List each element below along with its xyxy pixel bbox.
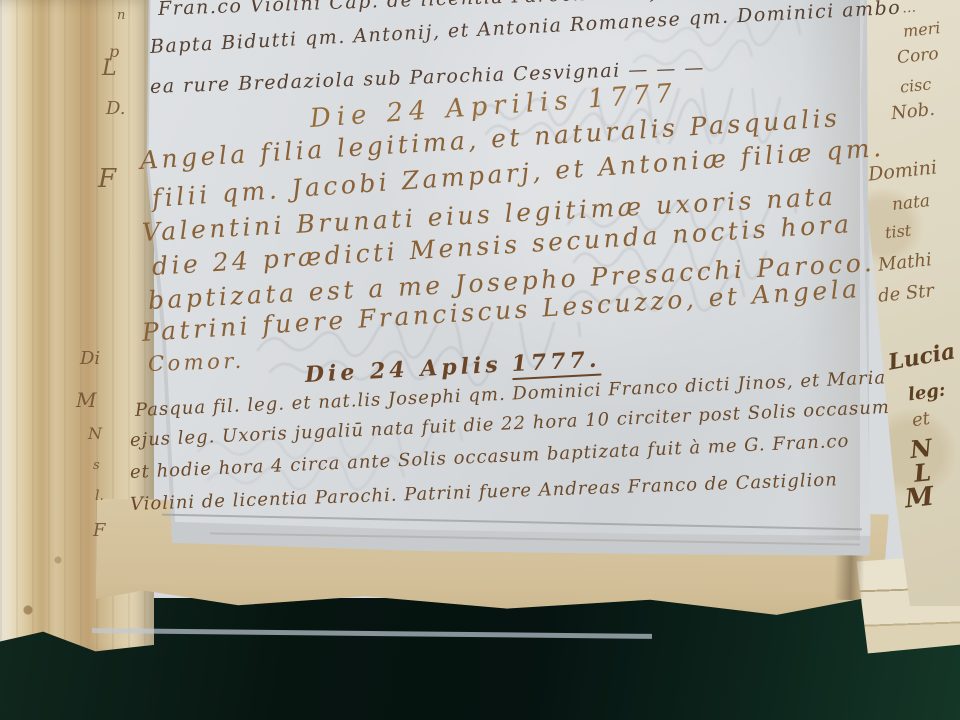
margin-mark: N xyxy=(88,424,102,443)
archival-register-photo: Fran.co Violini Cap. de licentia Parochi… xyxy=(0,0,960,720)
margin-mark: D. xyxy=(106,98,126,119)
margin-mark: Di xyxy=(80,348,100,369)
margin-mark: M xyxy=(76,388,96,412)
right-page-fragment-text: meri xyxy=(902,18,941,41)
margin-mark: L xyxy=(102,56,117,81)
right-page-fragment-text: et xyxy=(911,408,932,431)
margin-mark: F xyxy=(93,520,106,541)
right-page-fragment-text: cisc xyxy=(899,74,932,96)
margin-mark: n xyxy=(117,8,125,23)
margin-mark: F xyxy=(98,164,116,194)
manuscript-line: Comor. xyxy=(148,349,245,376)
record2-date-year: 1777. xyxy=(511,347,601,381)
right-page-fragment-text: tist xyxy=(884,221,912,243)
right-page-fragment-text: … xyxy=(901,0,916,17)
margin-mark: l. xyxy=(95,488,104,504)
right-page-fragment-text: M xyxy=(904,482,936,515)
right-page-fragment-text: nata xyxy=(891,191,931,215)
margin-mark: s xyxy=(93,458,100,473)
